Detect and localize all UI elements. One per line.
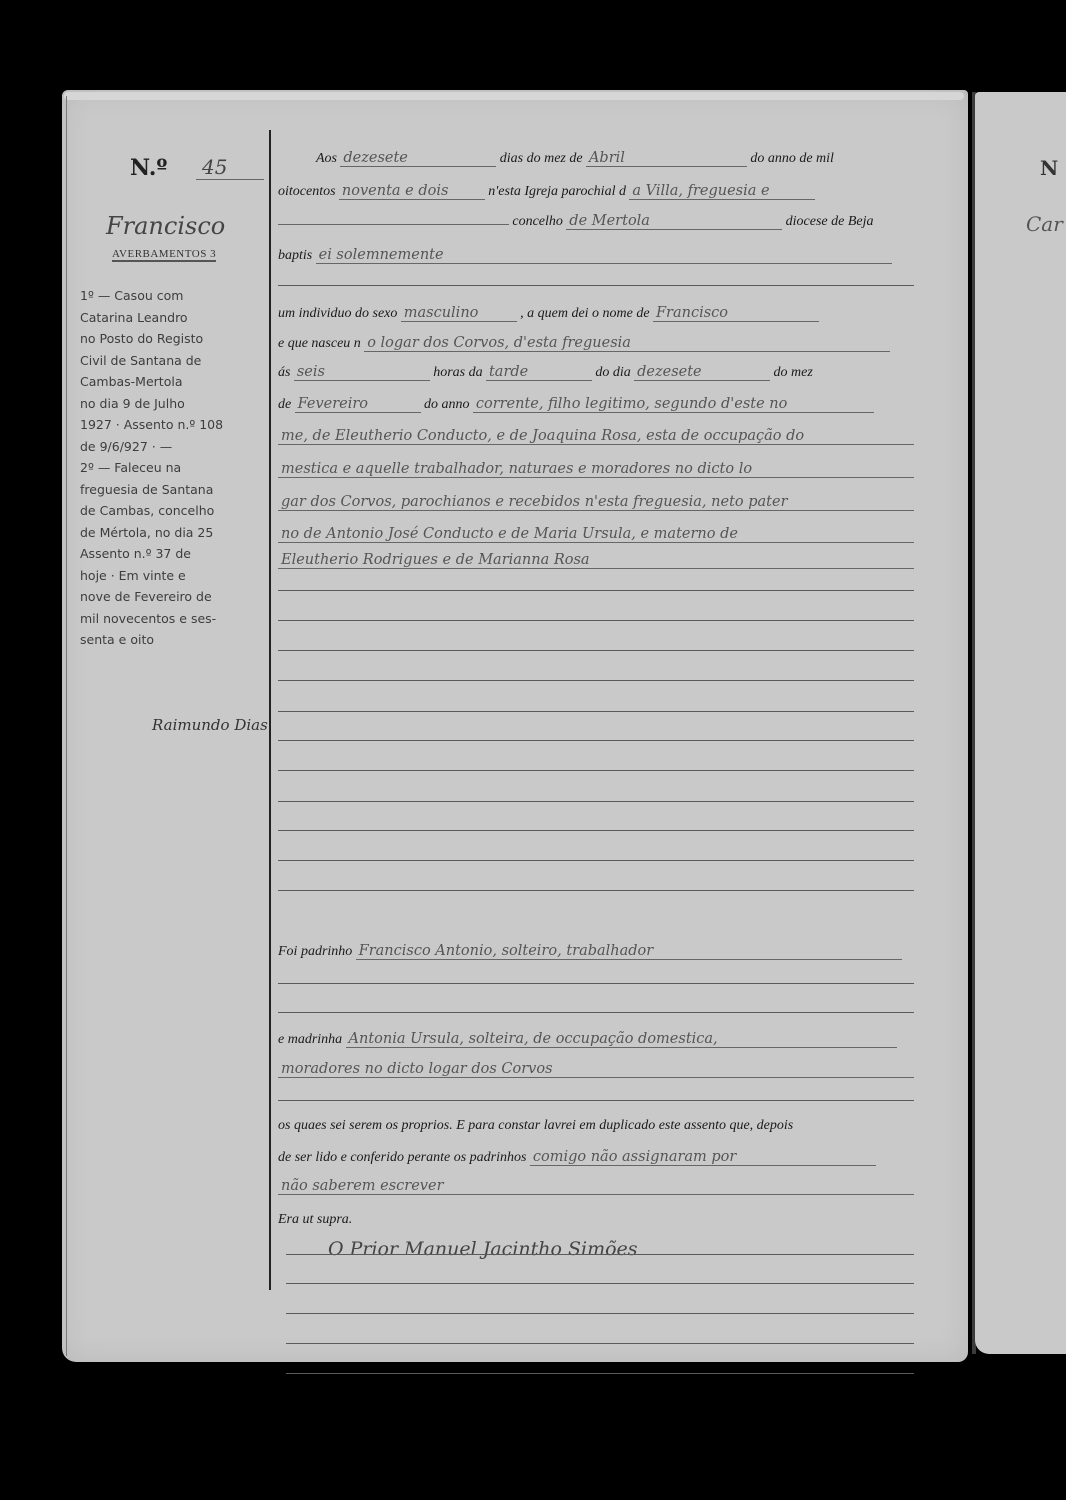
handwritten-day: dezesete [340,150,496,167]
handwritten-birthplace: o logar dos Corvos, d'esta freguesia [364,335,890,352]
ruled-line [286,1373,914,1374]
text-line-1: Aos dezesete dias do mez de Abril do ann… [316,150,834,173]
printed-text: dias do mez de [500,151,583,166]
handwritten-text: não saberem escrever [278,1178,914,1195]
margin-child-name: Francisco [106,212,225,240]
handwritten-text: mestica e aquelle trabalhador, naturaes … [278,461,914,478]
struck-line [278,860,914,861]
signature-line [286,1254,914,1255]
entry-number: 45 [196,155,264,180]
text-line-4: baptis ei solemnemente [278,247,892,270]
godfather-label: Foi padrinho [278,944,352,959]
text-line-10: mestica e aquelle trabalhador, naturaes … [278,461,914,484]
handwritten-maternal-grandparents: Eleutherio Rodrigues e de Marianna Rosa [278,552,914,569]
struck-line [278,740,914,741]
printed-text: n'esta Igreja parochial d [488,184,626,199]
printed-text: de [278,397,291,412]
godfather-value: Francisco Antonio, solteiro, trabalhador [356,943,902,960]
ruled-line [286,1283,914,1284]
printed-text: os quaes sei serem os proprios. E para c… [278,1118,793,1133]
godmother-value: Antonia Ursula, solteira, de occupação d… [346,1031,897,1048]
printed-text: horas da [433,365,482,380]
printed-text: diocese de Beja [786,214,874,229]
printed-text: um individuo do sexo [278,306,397,321]
struck-line [278,890,914,891]
text-line-13: Eleutherio Rodrigues e de Marianna Rosa [278,552,914,575]
text-line-8: de Fevereiro do anno corrente, filho leg… [278,396,874,419]
printed-text: do dia [595,365,630,380]
text-line-2: oitocentos noventa e dois n'esta Igreja … [278,183,815,206]
struck-line [278,983,914,984]
handwritten-hour: seis [294,364,430,381]
page-top-edge [64,92,964,100]
printed-text: baptis [278,248,312,263]
printed-text: oitocentos [278,184,336,199]
printed-text: , a quem dei o nome de [520,306,649,321]
ruled-line [278,285,914,286]
facing-entry-number-label: N [1040,156,1058,180]
page-margin-rule [66,96,67,1356]
printed-text: do mez [774,365,813,380]
text-line-5: um individuo do sexo masculino , a quem … [278,305,819,328]
godmother-line: e madrinha Antonia Ursula, solteira, de … [278,1031,897,1054]
handwritten-birth-month: Fevereiro [295,396,421,413]
margin-annotation: 1º — Casou com Catarina Leandro no Posto… [80,285,272,651]
struck-line [278,650,914,651]
handwritten-time-of-day: tarde [486,364,592,381]
handwritten-text: ei solemnemente [316,247,892,264]
text-line-11: gar dos Corvos, parochianos e recebidos … [278,494,914,517]
text-line-3: concelho de Mertola diocese de Beja [278,213,874,236]
handwritten-text: gar dos Corvos, parochianos e recebidos … [278,494,914,511]
struck-line [278,801,914,802]
text-line-12: no de Antonio José Conducto e de Maria U… [278,526,914,549]
handwritten-municipality: de Mertola [566,213,782,230]
ruled-line [286,1343,914,1344]
priest-signature: O Prior Manuel Jacintho Simões [328,1238,638,1260]
godmother-residence: moradores no dicto logar dos Corvos [278,1061,914,1078]
closing-line-3: não saberem escrever [278,1178,914,1201]
closing-line-1: os quaes sei serem os proprios. E para c… [278,1117,793,1140]
printed-text: de ser lido e conferido perante os padri… [278,1150,526,1165]
handwritten-parish: a Villa, freguesia e [629,183,815,200]
printed-text: do anno [424,397,470,412]
struck-line [278,1100,914,1101]
printed-text: Aos [316,151,337,166]
margin-signature: Raimundo Dias [152,716,268,734]
printed-text: do anno de mil [750,151,834,166]
handwritten-parents: me, de Eleutherio Conducto, e de Joaquin… [278,428,914,445]
facing-child-name: Car [1026,212,1063,236]
struck-line [278,830,914,831]
text-line-9: me, de Eleutherio Conducto, e de Joaquin… [278,428,914,451]
handwritten-text: comigo não assignaram por [530,1149,876,1166]
handwritten-blank [278,224,509,225]
struck-line [278,770,914,771]
printed-text: concelho [512,214,563,229]
struck-line [278,620,914,621]
handwritten-year: noventa e dois [339,183,485,200]
godfather-line: Foi padrinho Francisco Antonio, solteiro… [278,943,902,966]
handwritten-sex: masculino [401,305,517,322]
struck-line [278,1012,914,1013]
handwritten-birth-day: dezesete [634,364,770,381]
printed-text: e que nasceu n [278,336,361,351]
godmother-line-2: moradores no dicto logar dos Corvos [278,1061,914,1084]
handwritten-paternal-grandparents: no de Antonio José Conducto e de Maria U… [278,526,914,543]
closing-line-2: de ser lido e conferido perante os padri… [278,1149,876,1172]
text-line-6: e que nasceu n o logar dos Corvos, d'est… [278,335,890,358]
struck-line [278,711,914,712]
struck-line [278,680,914,681]
handwritten-given-name: Francisco [653,305,819,322]
ruled-line [286,1313,914,1314]
handwritten-month: Abril [586,150,747,167]
handwritten-text: corrente, filho legitimo, segundo d'este… [473,396,874,413]
closing-line-4: Era ut supra. [278,1211,352,1234]
godmother-label: e madrinha [278,1032,342,1047]
printed-text: ás [278,365,290,380]
facing-page [975,92,1066,1354]
struck-line [278,590,914,591]
text-line-7: ás seis horas da tarde do dia dezesete d… [278,364,813,387]
era-ut-supra: Era ut supra. [278,1212,352,1227]
annotations-label: AVERBAMENTOS 3 [112,248,216,262]
entry-number-label: N.º [130,155,167,181]
